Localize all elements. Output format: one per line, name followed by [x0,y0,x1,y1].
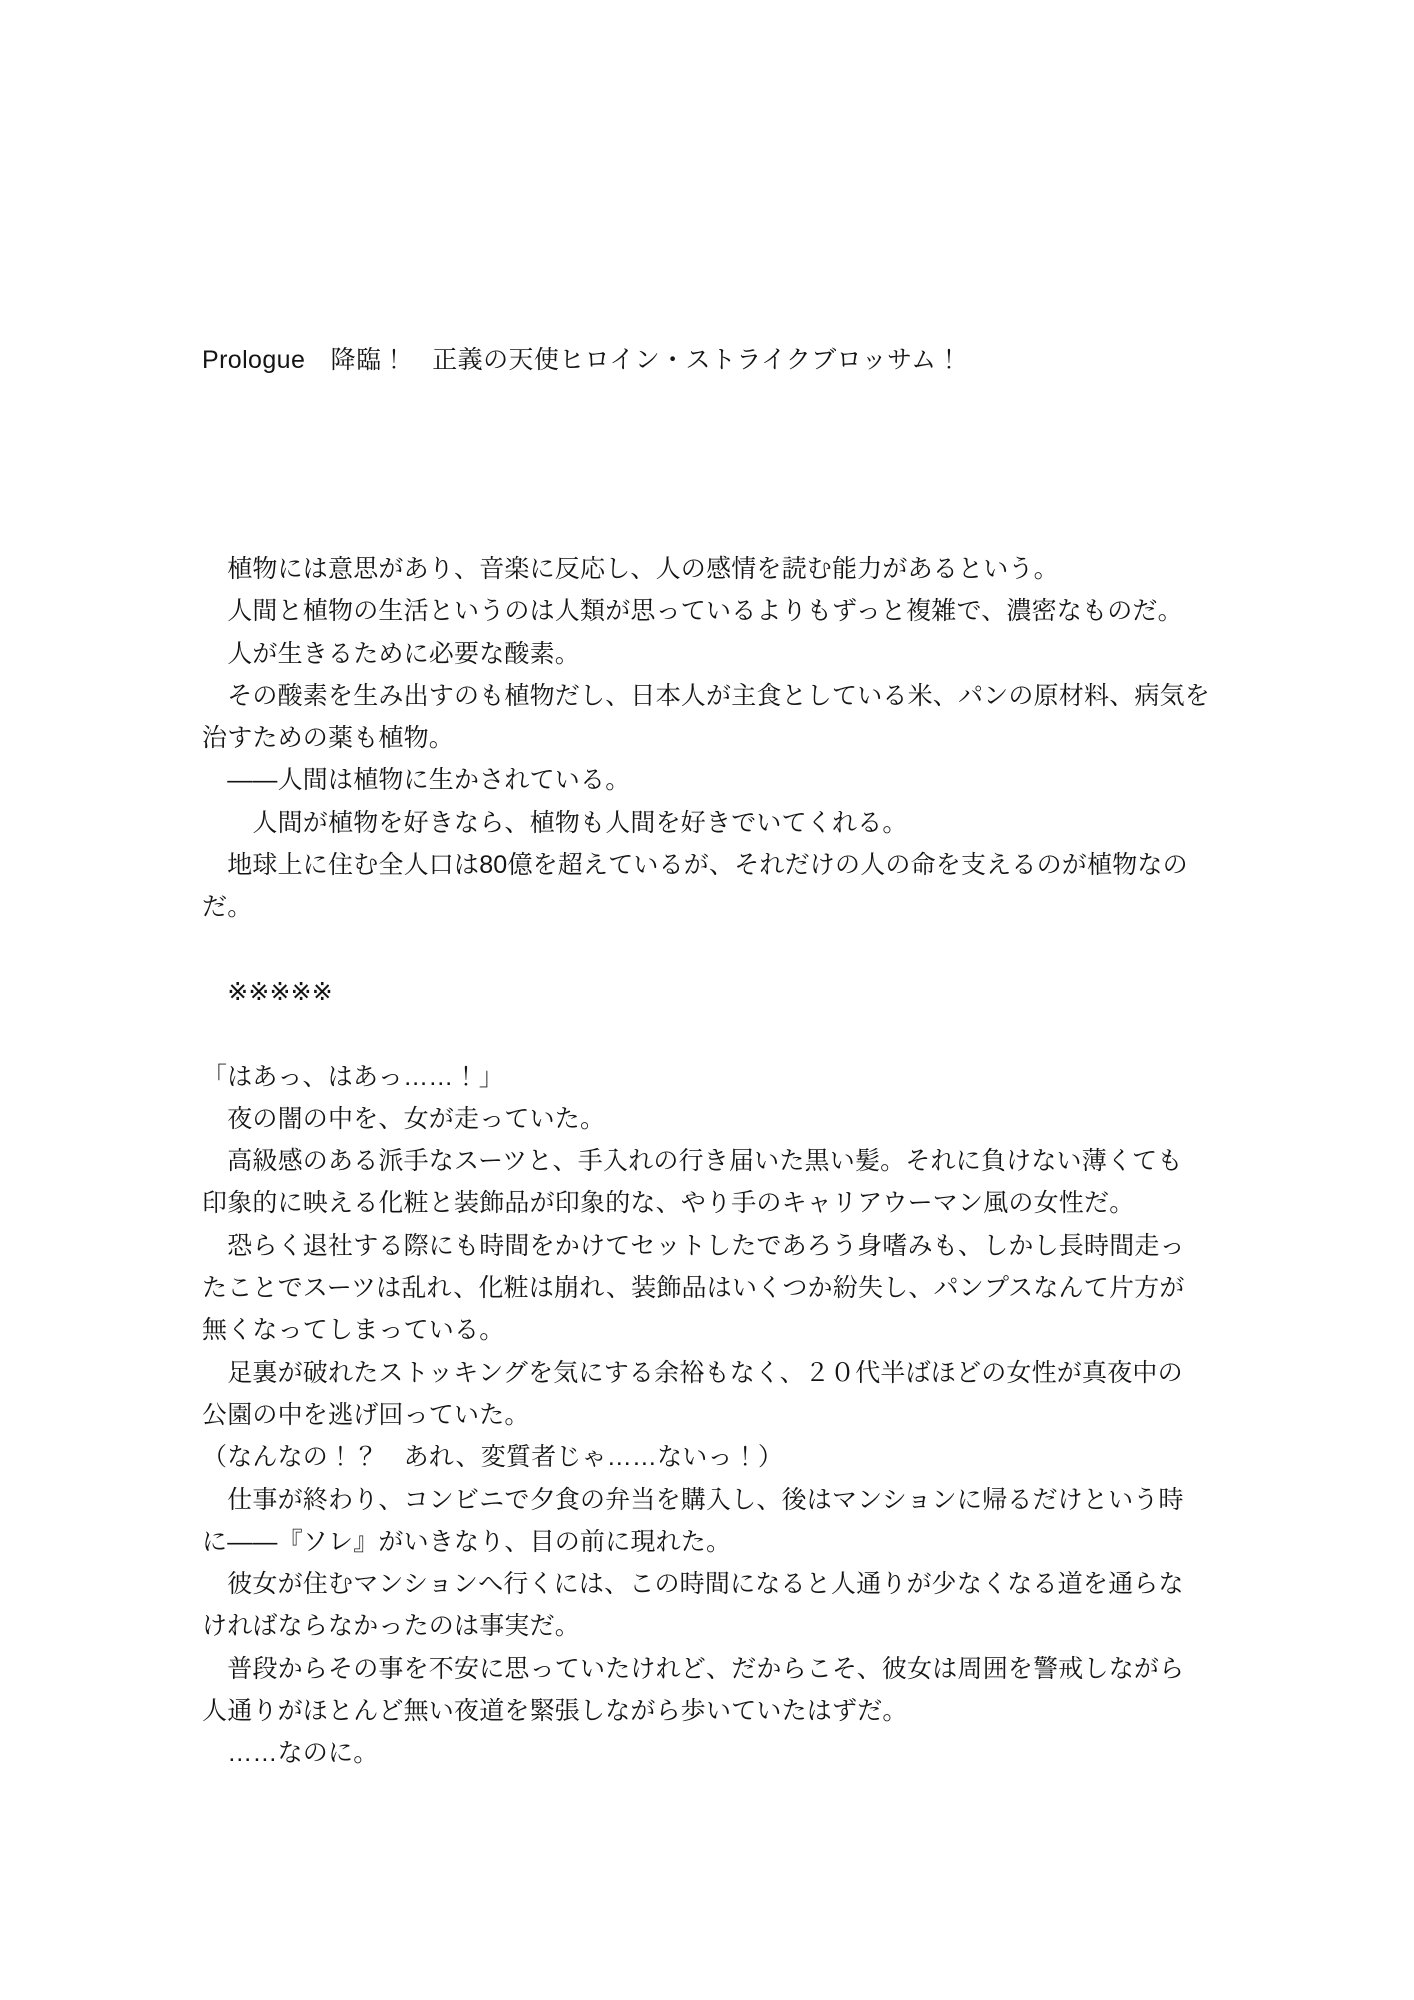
body-line: だ。 [202,886,1218,928]
body-line: に――『ソレ』がいきなり、目の前に現れた。 [202,1521,1218,1563]
body-line: たことでスーツは乱れ、化粧は崩れ、装飾品はいくつか紛失し、パンプスなんて片方が [202,1267,1218,1309]
body-line: 夜の闇の中を、女が走っていた。 [202,1098,1218,1140]
blank-line [202,929,1218,971]
body-line: ければならなかったのは事実だ。 [202,1605,1218,1647]
body-line: 地球上に住む全人口は80億を超えているが、それだけの人の命を支えるのが植物なの [202,844,1218,886]
chapter-title: Prologue 降臨！ 正義の天使ヒロイン・ストライクブロッサム！ [202,340,962,376]
blank-line [202,1013,1218,1055]
body-line: ――人間は植物に生かされている。 [202,759,1218,801]
body-line: 人が生きるために必要な酸素。 [202,633,1218,675]
novel-page: Prologue 降臨！ 正義の天使ヒロイン・ストライクブロッサム！ 植物には意… [0,0,1414,2000]
body-line: 仕事が終わり、コンビニで夕食の弁当を購入し、後はマンションに帰るだけという時 [202,1479,1218,1521]
body-line: その酸素を生み出すのも植物だし、日本人が主食としている米、パンの原材料、病気を [202,675,1218,717]
body-line: 人通りがほとんど無い夜道を緊張しながら歩いていたはずだ。 [202,1690,1218,1732]
body-line: 彼女が住むマンションへ行くには、この時間になると人通りが少なくなる道を通らな [202,1563,1218,1605]
section-break-marker: ※※※※※ [202,971,1218,1013]
body-line: （なんなの！？ あれ、変質者じゃ……ないっ！） [202,1436,1218,1478]
body-line: 公園の中を逃げ回っていた。 [202,1394,1218,1436]
body-line: 人間が植物を好きなら、植物も人間を好きでいてくれる。 [202,802,1218,844]
body-line: 植物には意思があり、音楽に反応し、人の感情を読む能力があるという。 [202,548,1218,590]
body-line: 恐らく退社する際にも時間をかけてセットしたであろう身嗜みも、しかし長時間走っ [202,1225,1218,1267]
body-line: 高級感のある派手なスーツと、手入れの行き届いた黒い髪。それに負けない薄くても [202,1140,1218,1182]
body-line: 印象的に映える化粧と装飾品が印象的な、やり手のキャリアウーマン風の女性だ。 [202,1182,1218,1224]
body-line: 人間と植物の生活というのは人類が思っているよりもずっと複雑で、濃密なものだ。 [202,590,1218,632]
body-line: 無くなってしまっている。 [202,1309,1218,1351]
body-line: 治すための薬も植物。 [202,717,1218,759]
body-line: ……なのに。 [202,1732,1218,1774]
body-text-block: 植物には意思があり、音楽に反応し、人の感情を読む能力があるという。 人間と植物の… [202,548,1218,1775]
body-line: 「はあっ、はあっ……！」 [202,1056,1218,1098]
body-line: 足裏が破れたストッキングを気にする余裕もなく、２０代半ばほどの女性が真夜中の [202,1352,1218,1394]
body-line: 普段からその事を不安に思っていたけれど、だからこそ、彼女は周囲を警戒しながら [202,1648,1218,1690]
